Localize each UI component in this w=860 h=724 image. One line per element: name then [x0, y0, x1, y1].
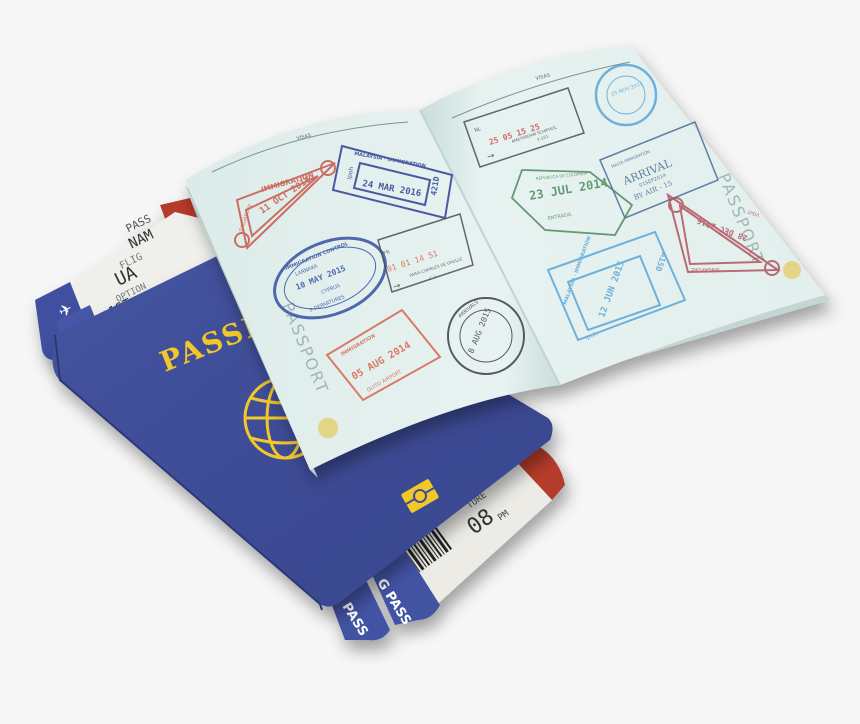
passport-illustration: PASS NAM FLIG UA OPTION 1ST ✈ B ME TURE … [0, 0, 860, 724]
svg-text:SINGAPORE: SINGAPORE [691, 266, 720, 272]
